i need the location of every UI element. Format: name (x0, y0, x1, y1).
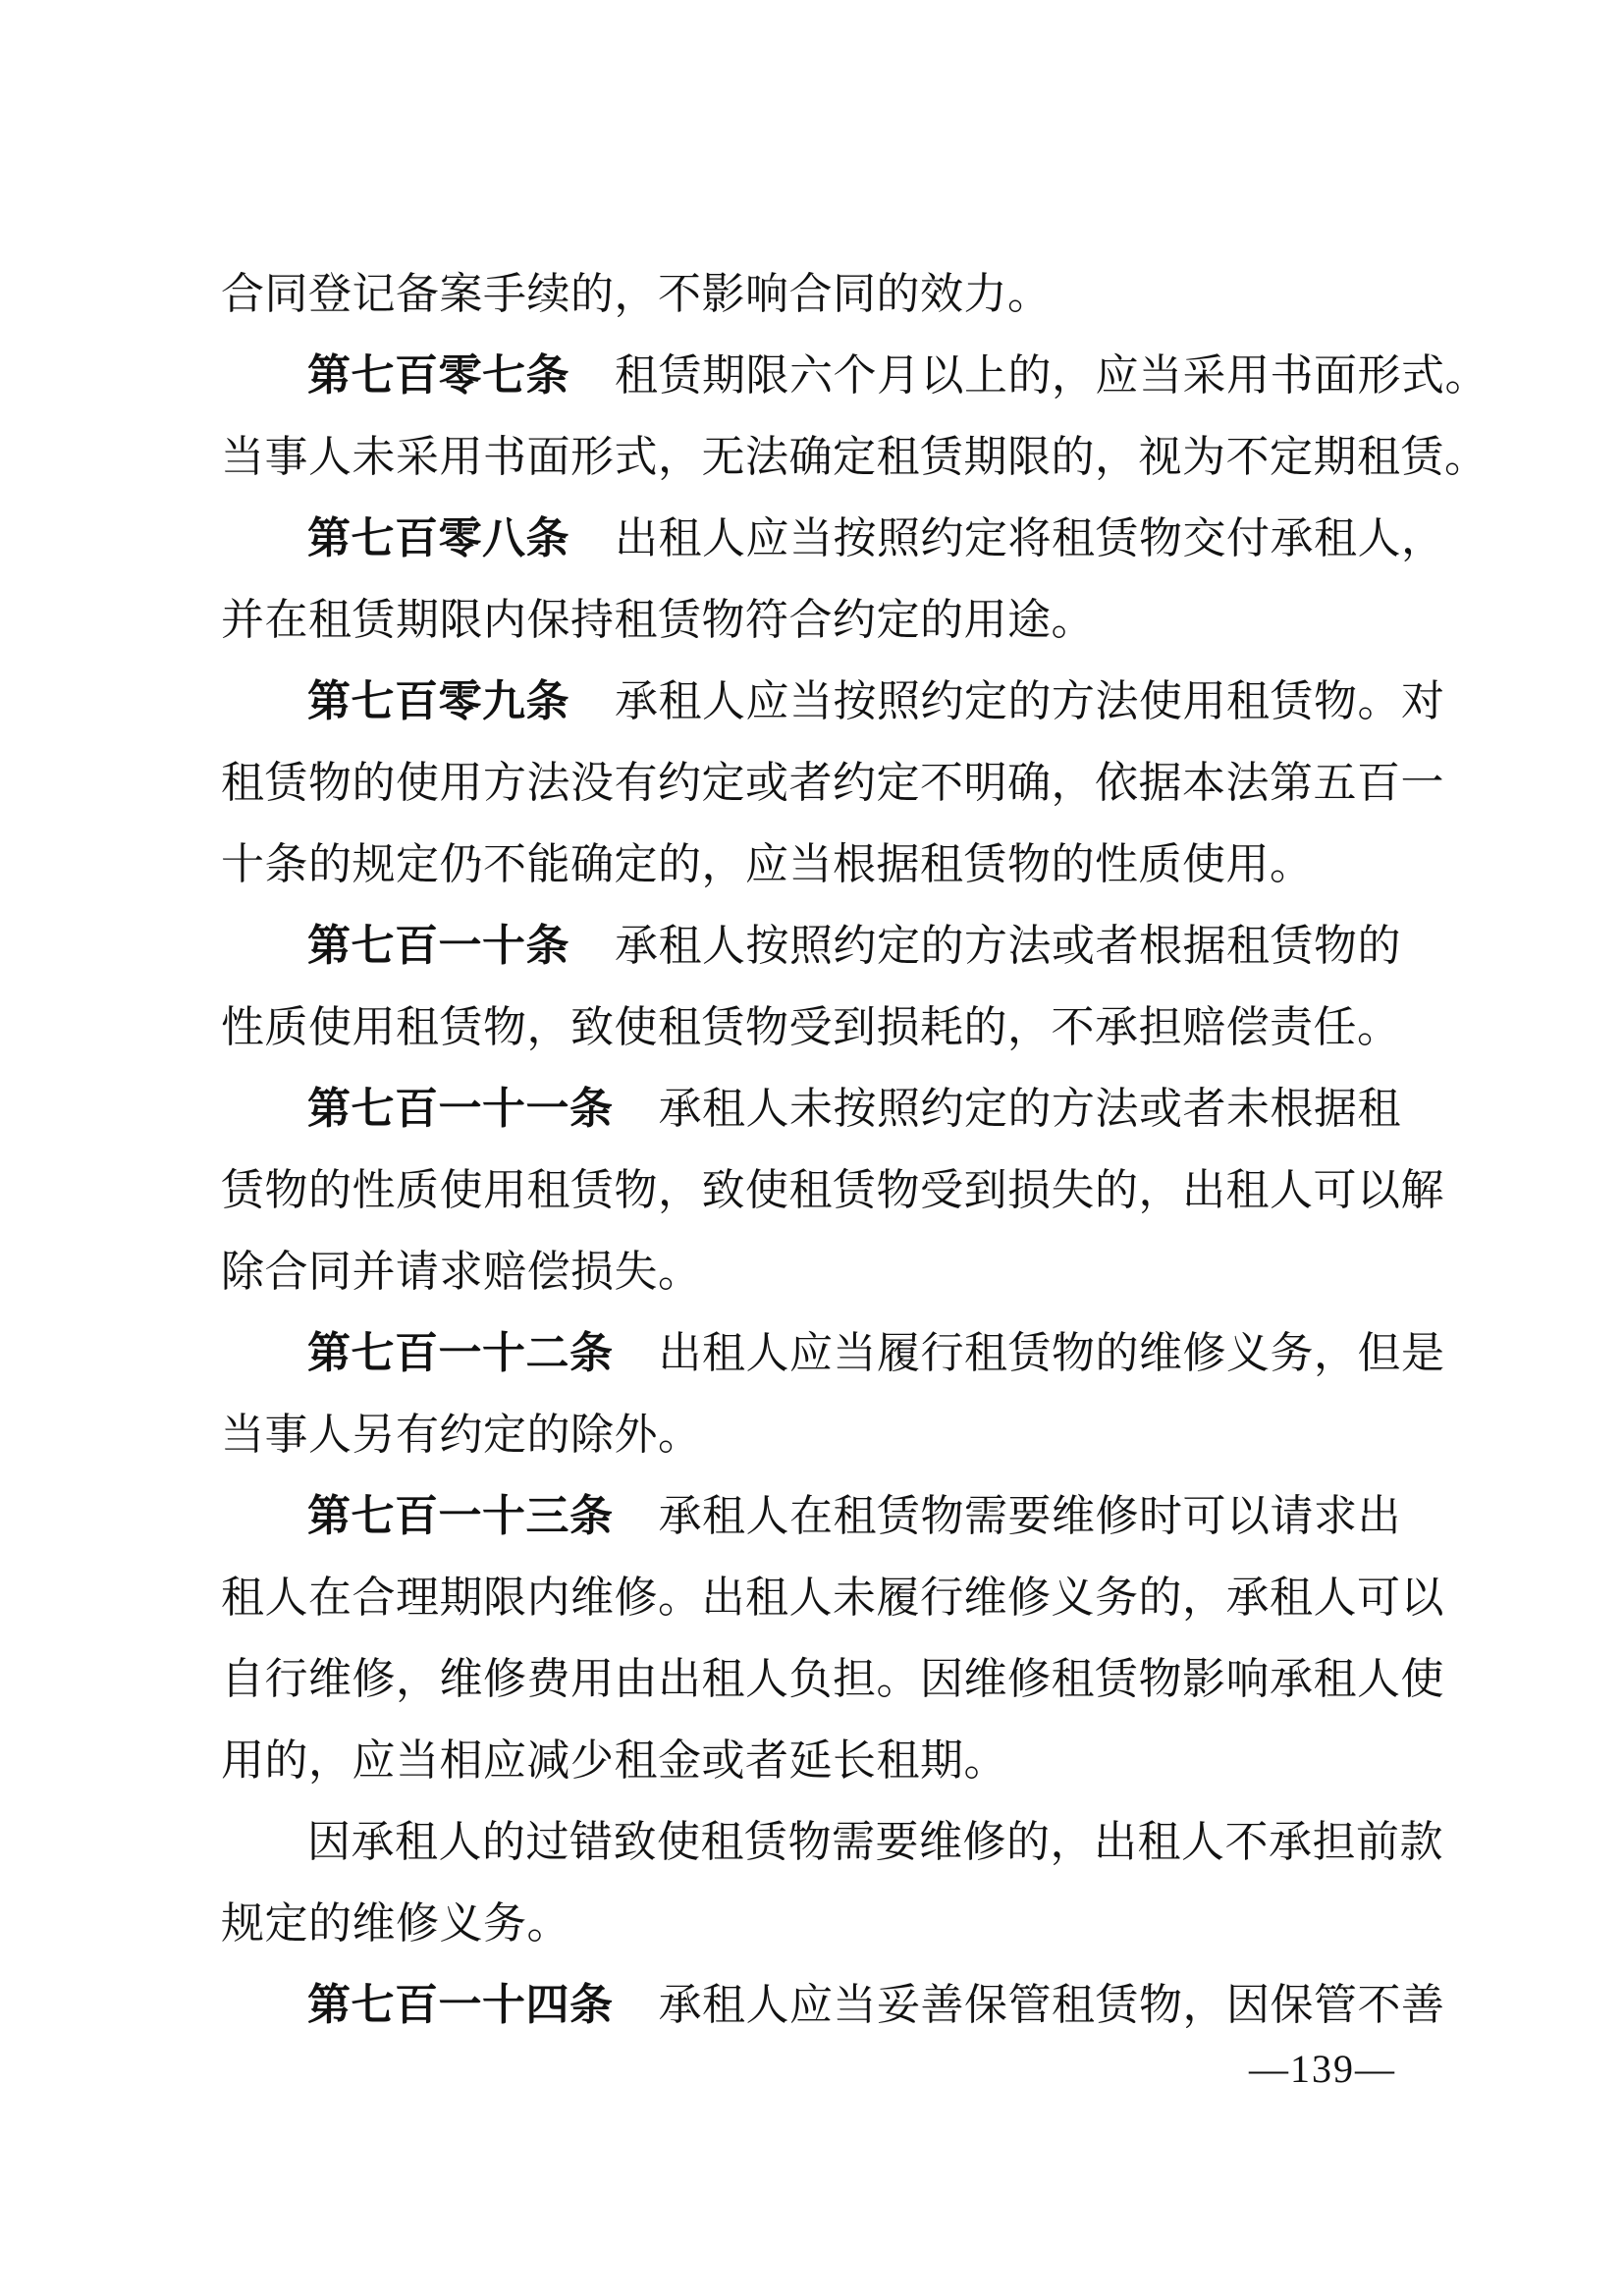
text-line: 赁物的性质使用租赁物，致使租赁物受到损失的，出租人可以解 (221, 1149, 1476, 1231)
text-line: 并在租赁期限内保持租赁物符合约定的用途。 (221, 579, 1476, 661)
text-line: 性质使用租赁物，致使租赁物受到损耗的，不承担赔偿责任。 (221, 987, 1476, 1068)
article-text: 承租人按照约定的方法或者根据租赁物的 (615, 922, 1401, 970)
article-text: 出租人应当按照约定将租赁物交付承租人， (615, 514, 1445, 562)
article-text: 承租人未按照约定的方法或者未根据租 (659, 1085, 1402, 1133)
article-text: 赁物的性质使用租赁物，致使租赁物受到损失的，出租人可以解 (221, 1166, 1444, 1214)
article-text: 承租人应当按照约定的方法使用租赁物。对 (615, 677, 1445, 725)
article-text: 合同登记备案手续的，不影响合同的效力。 (221, 270, 1052, 318)
text-line: 当事人未采用书面形式，无法确定租赁期限的，视为不定期租赁。 (221, 416, 1476, 498)
article-number: 第七百一十四条 (307, 1981, 614, 2029)
article-number: 第七百零七条 (307, 351, 569, 400)
article-text: 用的，应当相应减少租金或者延长租期。 (221, 1736, 1007, 1785)
text-line: 因承租人的过错致使租赁物需要维修的，出租人不承担前款 (221, 1801, 1476, 1883)
text-line: 当事人另有约定的除外。 (221, 1394, 1476, 1475)
document-body: 合同登记备案手续的，不影响合同的效力。第七百零七条租赁期限六个月以上的，应当采用… (221, 253, 1476, 2046)
article-line: 第七百一十三条承租人在租赁物需要维修时可以请求出 (221, 1475, 1476, 1557)
article-text: 当事人另有约定的除外。 (221, 1411, 702, 1459)
article-text: 自行维修，维修费用由出租人负担。因维修租赁物影响承租人使 (221, 1655, 1444, 1703)
article-text: 十条的规定仍不能确定的，应当根据租赁物的性质使用。 (221, 840, 1314, 888)
text-line: 合同登记备案手续的，不影响合同的效力。 (221, 253, 1476, 335)
article-line: 第七百一十四条承租人应当妥善保管租赁物，因保管不善 (221, 1964, 1476, 2046)
article-text: 因承租人的过错致使租赁物需要维修的，出租人不承担前款 (307, 1818, 1443, 1866)
article-text: 承租人应当妥善保管租赁物，因保管不善 (659, 1981, 1445, 2029)
article-number: 第七百零九条 (307, 677, 569, 725)
text-line: 除合同并请求赔偿损失。 (221, 1231, 1476, 1312)
article-number: 第七百一十一条 (307, 1085, 614, 1133)
article-line: 第七百零七条租赁期限六个月以上的，应当采用书面形式。 (221, 335, 1476, 416)
article-text: 规定的维修义务。 (221, 1899, 570, 1948)
page-number: —139— (1249, 2044, 1396, 2095)
article-text: 除合同并请求赔偿损失。 (221, 1248, 702, 1296)
article-line: 第七百一十条承租人按照约定的方法或者根据租赁物的 (221, 905, 1476, 987)
text-line: 规定的维修义务。 (221, 1883, 1476, 1964)
article-number: 第七百零八条 (307, 514, 569, 562)
article-text: 性质使用租赁物，致使租赁物受到损耗的，不承担赔偿责任。 (221, 1003, 1401, 1051)
text-line: 十条的规定仍不能确定的，应当根据租赁物的性质使用。 (221, 824, 1476, 905)
article-number: 第七百一十条 (307, 922, 569, 970)
article-text: 承租人在租赁物需要维修时可以请求出 (659, 1492, 1402, 1540)
text-line: 自行维修，维修费用由出租人负担。因维修租赁物影响承租人使 (221, 1638, 1476, 1720)
article-text: 并在租赁期限内保持租赁物符合约定的用途。 (221, 596, 1095, 644)
text-line: 用的，应当相应减少租金或者延长租期。 (221, 1720, 1476, 1801)
article-text: 租人在合理期限内维修。出租人未履行维修义务的，承租人可以 (221, 1574, 1444, 1622)
article-line: 第七百一十二条出租人应当履行租赁物的维修义务，但是 (221, 1312, 1476, 1394)
article-line: 第七百零九条承租人应当按照约定的方法使用租赁物。对 (221, 661, 1476, 742)
text-line: 租人在合理期限内维修。出租人未履行维修义务的，承租人可以 (221, 1557, 1476, 1638)
article-line: 第七百零八条出租人应当按照约定将租赁物交付承租人， (221, 498, 1476, 579)
article-text: 当事人未采用书面形式，无法确定租赁期限的，视为不定期租赁。 (221, 433, 1489, 481)
article-text: 租赁期限六个月以上的，应当采用书面形式。 (615, 351, 1489, 400)
document-page: 合同登记备案手续的，不影响合同的效力。第七百零七条租赁期限六个月以上的，应当采用… (0, 0, 1624, 2296)
article-text: 租赁物的使用方法没有约定或者约定不明确，依据本法第五百一 (221, 759, 1444, 807)
article-number: 第七百一十二条 (307, 1329, 614, 1377)
article-number: 第七百一十三条 (307, 1492, 614, 1540)
text-line: 租赁物的使用方法没有约定或者约定不明确，依据本法第五百一 (221, 742, 1476, 824)
article-line: 第七百一十一条承租人未按照约定的方法或者未根据租 (221, 1068, 1476, 1149)
article-text: 出租人应当履行租赁物的维修义务，但是 (659, 1329, 1445, 1377)
